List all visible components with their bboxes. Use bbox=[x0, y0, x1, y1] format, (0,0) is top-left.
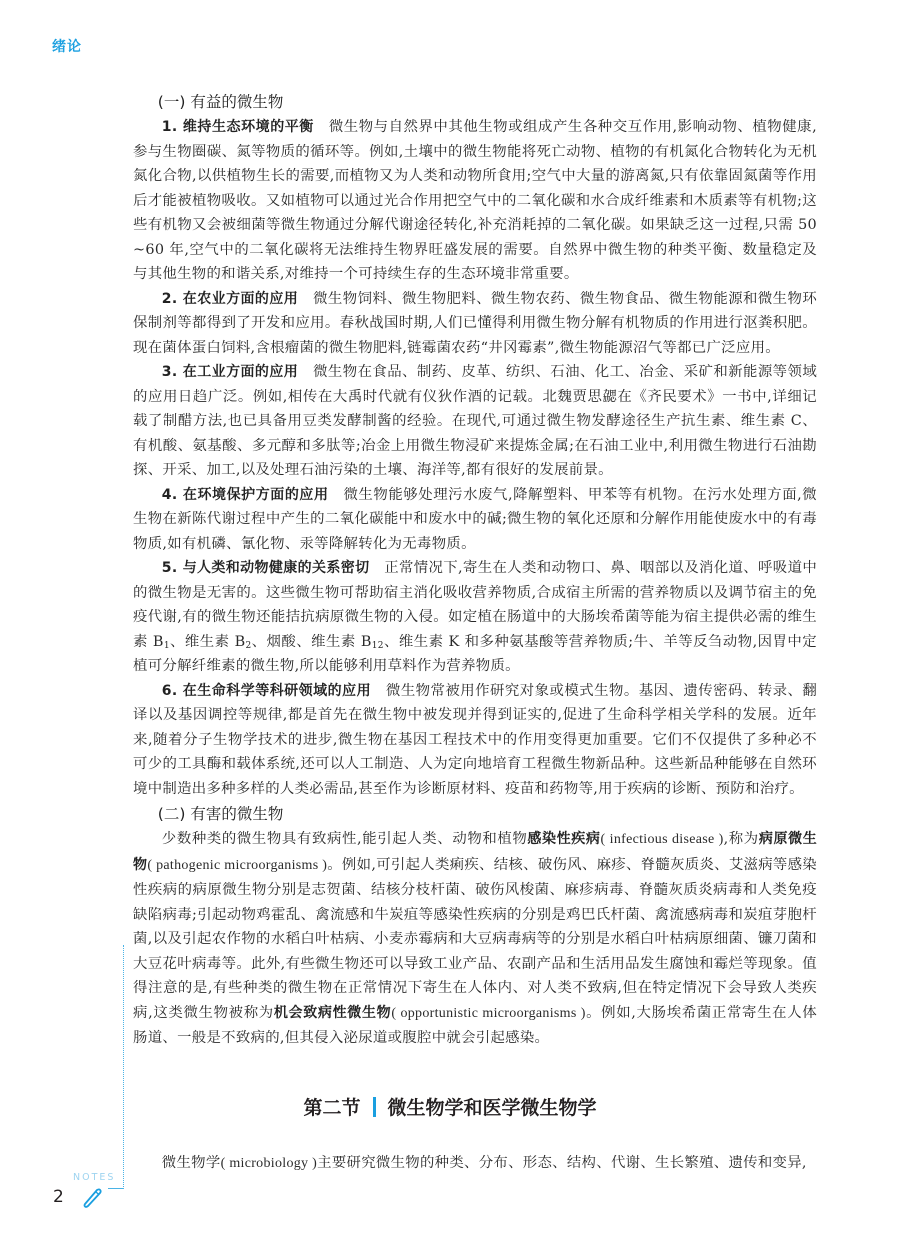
paragraph-text: 、烟酸、维生素 B bbox=[252, 634, 372, 650]
paragraph-text: 微生物与自然界中其他生物或组成产生各种交互作用,影响动物、植物健康,参与生物圈碳… bbox=[133, 119, 817, 282]
paragraph-text: 微生物学 bbox=[162, 1155, 221, 1171]
paragraph-lead: 3. 在工业方面的应用 bbox=[162, 364, 298, 380]
paragraph-industry: 3. 在工业方面的应用 微生物在食品、制药、皮革、纺织、石油、化工、冶金、采矿和… bbox=[133, 360, 817, 483]
paragraph-text: 、维生素 B bbox=[170, 634, 246, 650]
running-head: 绪论 bbox=[52, 36, 82, 56]
english-term: ( microbiology ) bbox=[221, 1156, 318, 1171]
subsection-title-harmful: (二) 有害的微生物 bbox=[133, 801, 817, 827]
english-term: ( opportunistic microorganisms ) bbox=[391, 1006, 585, 1021]
key-term: 机会致病性微生物 bbox=[274, 1005, 391, 1021]
paragraph-agriculture: 2. 在农业方面的应用 微生物饲料、微生物肥料、微生物农药、微生物食品、微生物能… bbox=[133, 287, 817, 361]
paragraph-lead: 6. 在生命科学等科研领域的应用 bbox=[162, 683, 371, 699]
key-term: 感染性疾病 bbox=[527, 831, 600, 847]
paragraph-text: 主要研究微生物的种类、分布、形态、结构、代谢、生长繁殖、遗传和变异, bbox=[317, 1155, 807, 1171]
paragraph-lead: 5. 与人类和动物健康的关系密切 bbox=[162, 560, 370, 576]
paragraph-lead: 1. 维持生态环境的平衡 bbox=[162, 119, 314, 135]
page-number: 2 bbox=[53, 1187, 64, 1207]
paragraph-text: 少数种类的微生物具有致病性,能引起人类、动物和植物 bbox=[162, 831, 528, 847]
subsection-title-beneficial: (一) 有益的微生物 bbox=[133, 89, 817, 115]
english-term: ( pathogenic microorganisms ) bbox=[147, 858, 327, 873]
paragraph-ecology: 1. 维持生态环境的平衡 微生物与自然界中其他生物或组成产生各种交互作用,影响动… bbox=[133, 115, 817, 287]
paragraph-microbiology: 微生物学( microbiology )主要研究微生物的种类、分布、形态、结构、… bbox=[133, 1151, 817, 1177]
paragraph-text: 微生物在食品、制药、皮革、纺织、石油、化工、冶金、采矿和新能源等领域的应用日趋广… bbox=[133, 364, 817, 478]
paragraph-environment: 4. 在环境保护方面的应用 微生物能够处理污水废气,降解塑料、甲苯等有机物。在污… bbox=[133, 483, 817, 557]
notes-label: NOTES bbox=[73, 1172, 115, 1183]
english-term: ( infectious disease ) bbox=[601, 832, 724, 847]
paragraph-text: 。例如,可引起人类痢疾、结核、破伤风、麻疹、脊髓灰质炎、艾滋病等感染性疾病的病原… bbox=[133, 857, 817, 1021]
section-number: 第二节 bbox=[303, 1097, 360, 1119]
notes-margin-rule bbox=[108, 1188, 124, 1189]
paragraph-text: ,称为 bbox=[724, 831, 759, 847]
section-heading: 第二节微生物学和医学微生物学 bbox=[0, 1093, 900, 1120]
paragraph-life-science: 6. 在生命科学等科研领域的应用 微生物常被用作研究对象或模式生物。基因、遗传密… bbox=[133, 679, 817, 802]
paragraph-text: 微生物常被用作研究对象或模式生物。基因、遗传密码、转录、翻译以及基因调控等规律,… bbox=[133, 683, 817, 797]
notes-margin-dotted-line bbox=[123, 945, 124, 1189]
section-title-text: 微生物学和医学微生物学 bbox=[388, 1097, 597, 1119]
paragraph-health: 5. 与人类和动物健康的关系密切 正常情况下,寄生在人类和动物口、鼻、咽部以及消… bbox=[133, 556, 817, 679]
paragraph-lead: 4. 在环境保护方面的应用 bbox=[162, 487, 329, 503]
section2-content: 微生物学( microbiology )主要研究微生物的种类、分布、形态、结构、… bbox=[133, 1151, 817, 1177]
paragraph-lead: 2. 在农业方面的应用 bbox=[162, 291, 298, 307]
subscript: 12 bbox=[372, 641, 384, 651]
divider-bar bbox=[373, 1097, 376, 1117]
pencil-icon bbox=[81, 1186, 103, 1208]
main-content: (一) 有益的微生物 1. 维持生态环境的平衡 微生物与自然界中其他生物或组成产… bbox=[133, 89, 817, 1051]
paragraph-harmful: 少数种类的微生物具有致病性,能引起人类、动物和植物感染性疾病( infectio… bbox=[133, 827, 817, 1051]
